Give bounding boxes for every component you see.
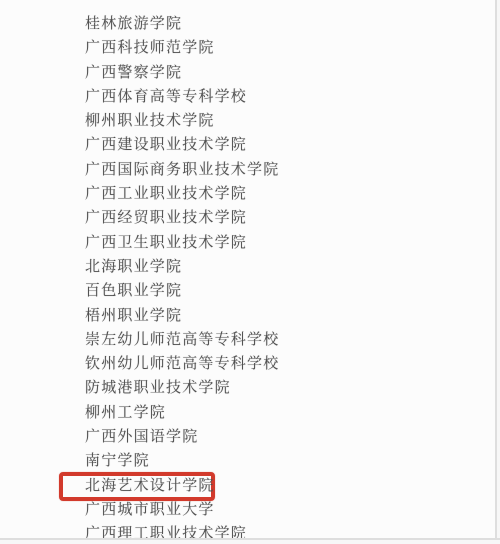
page-edge-bottom (0, 538, 500, 540)
list-item-highlighted: 北海艺术设计学院 (85, 478, 215, 495)
list-item: 钦州幼儿师范高等专科学校 (85, 356, 279, 373)
list-item: 广西外国语学院 (85, 429, 198, 446)
list-item: 防城港职业技术学院 (85, 380, 231, 397)
list-item: 广西建设职业技术学院 (85, 137, 247, 154)
list-item: 广西体育高等专科学校 (85, 89, 247, 106)
list-item: 北海职业学院 (85, 259, 182, 276)
list-item: 广西警察学院 (85, 65, 182, 82)
list-item: 广西卫生职业技术学院 (85, 235, 247, 252)
list-item: 广西城市职业大学 (85, 502, 215, 519)
list-item: 广西经贸职业技术学院 (85, 210, 247, 227)
list-item: 崇左幼儿师范高等专科学校 (85, 332, 279, 349)
document-page: 桂林旅游学院 广西科技师范学院 广西警察学院 广西体育高等专科学校 柳州职业技术… (0, 0, 500, 544)
list-item: 柳州工学院 (85, 405, 166, 422)
list-item: 柳州职业技术学院 (85, 113, 215, 130)
list-item: 广西科技师范学院 (85, 40, 215, 57)
page-edge-bottom-margin (0, 540, 500, 544)
list-item: 百色职业学院 (85, 283, 182, 300)
page-edge-right (495, 0, 497, 544)
list-item: 梧州职业学院 (85, 308, 182, 325)
list-item: 广西工业职业技术学院 (85, 186, 247, 203)
list-item: 广西国际商务职业技术学院 (85, 162, 279, 179)
list-item: 南宁学院 (85, 453, 150, 470)
list-item: 桂林旅游学院 (85, 16, 182, 33)
